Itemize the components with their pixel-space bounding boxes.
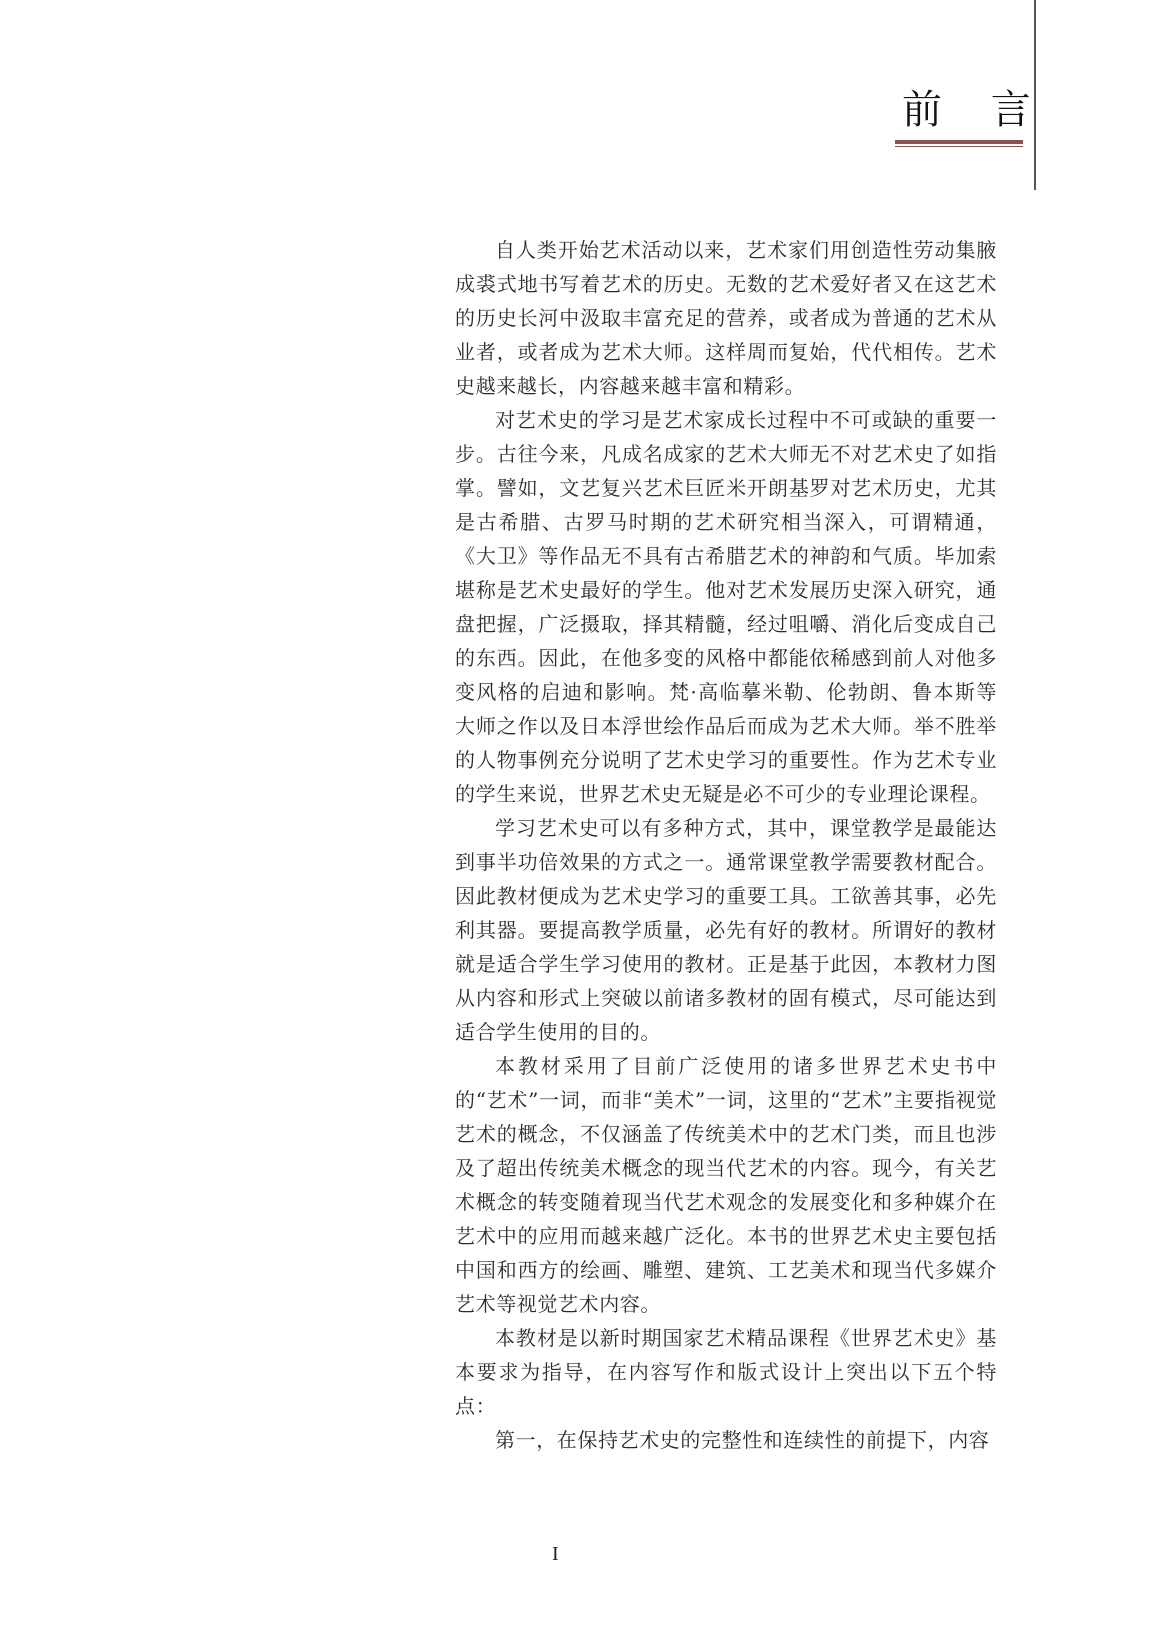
page-title: 前 言 bbox=[902, 90, 1049, 130]
title-underline-thick bbox=[895, 140, 1023, 144]
title-underline-thin bbox=[895, 146, 1023, 147]
preface-body: 自人类开始艺术活动以来，艺术家们用创造性劳动集腋成裘式地书写着艺术的历史。无数的… bbox=[455, 233, 997, 1457]
paragraph-6: 第一，在保持艺术史的完整性和连续性的前提下，内容 bbox=[455, 1423, 997, 1457]
paragraph-5: 本教材是以新时期国家艺术精品课程《世界艺术史》基本要求为指导，在内容写作和版式设… bbox=[455, 1321, 997, 1423]
page-number: I bbox=[552, 1543, 559, 1566]
paragraph-4: 本教材采用了目前广泛使用的诸多世界艺术史书中的“艺术”一词，而非“美术”一词，这… bbox=[455, 1049, 997, 1321]
paragraph-2: 对艺术史的学习是艺术家成长过程中不可或缺的重要一步。古往今来，凡成名成家的艺术大… bbox=[455, 403, 997, 811]
paragraph-3: 学习艺术史可以有多种方式，其中，课堂教学是最能达到事半功倍效果的方式之一。通常课… bbox=[455, 811, 997, 1049]
paragraph-1: 自人类开始艺术活动以来，艺术家们用创造性劳动集腋成裘式地书写着艺术的历史。无数的… bbox=[455, 233, 997, 403]
